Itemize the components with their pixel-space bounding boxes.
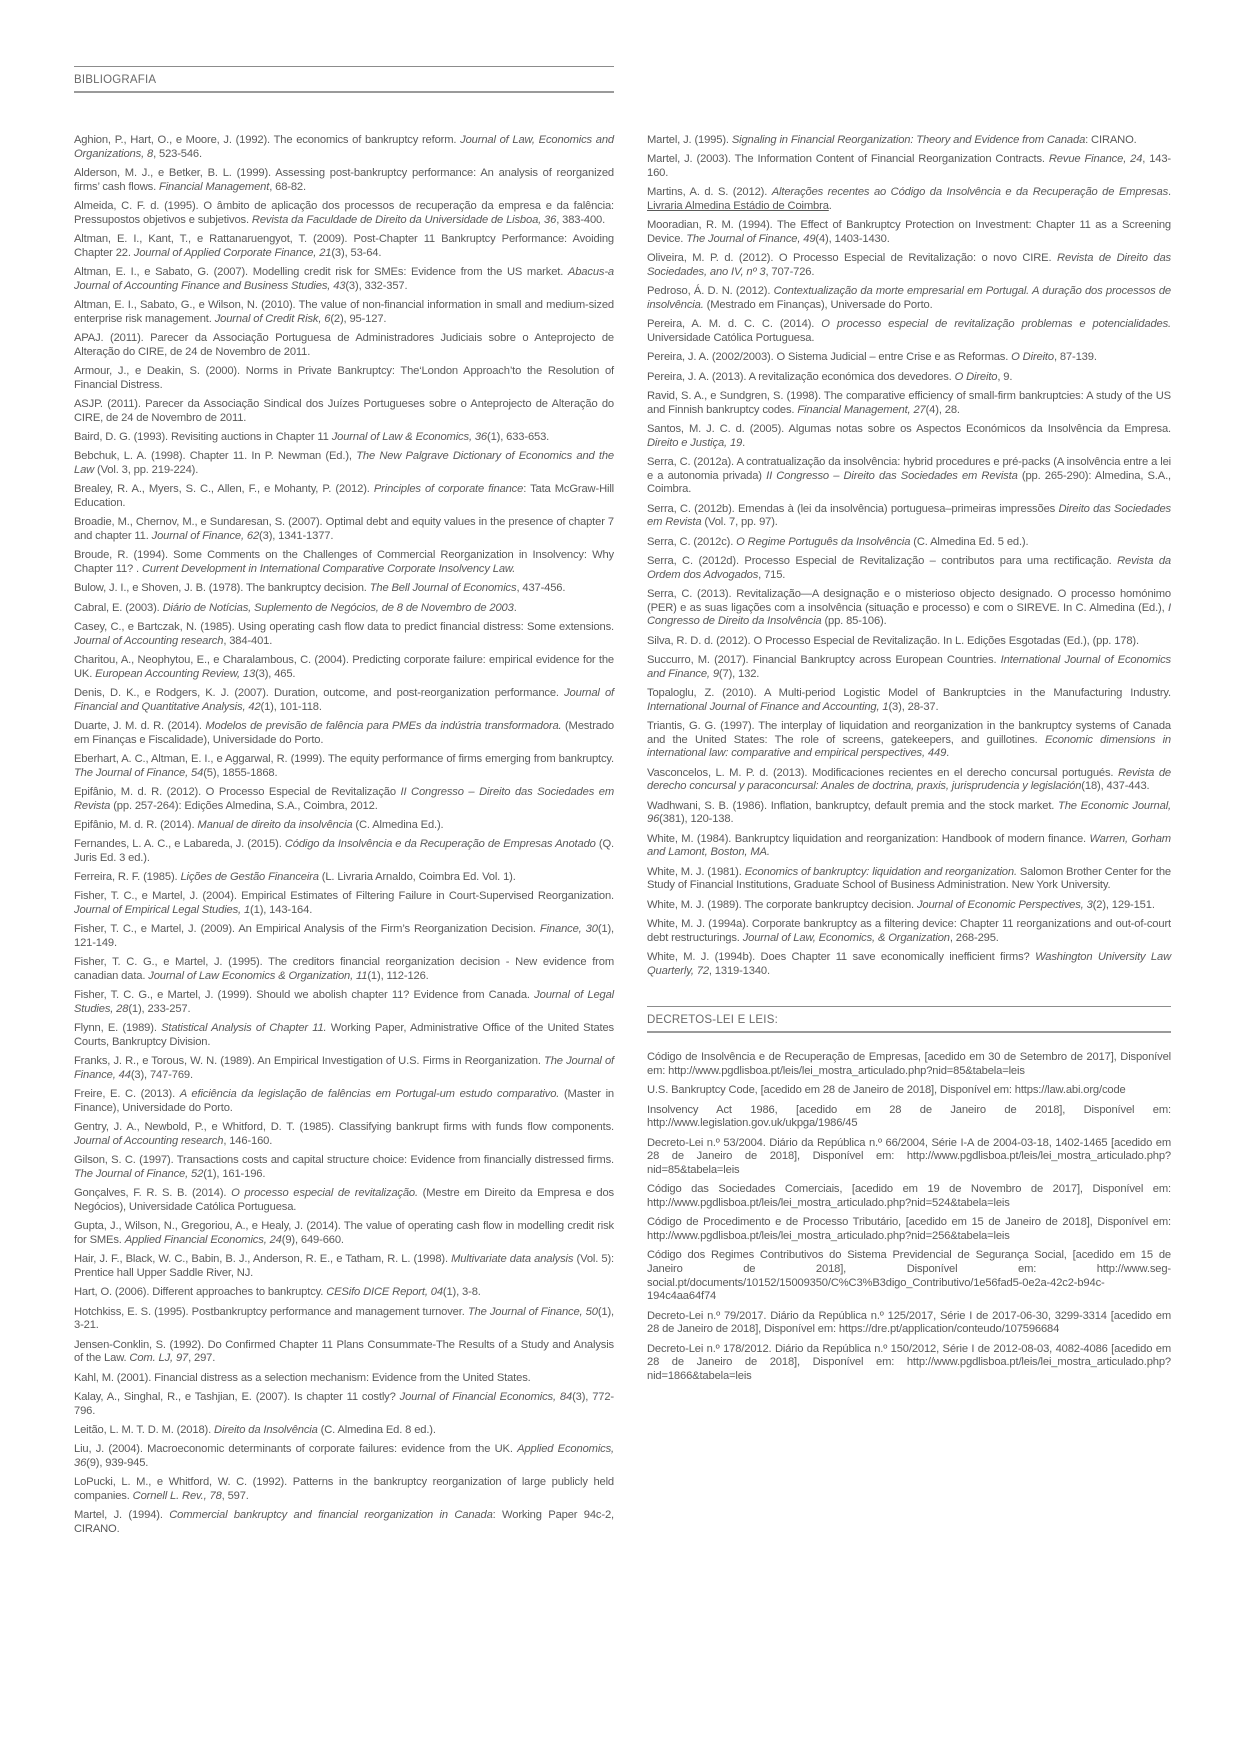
reference-source-title: European Accounting Review, 13 [95, 668, 255, 680]
reference-source-title: Manual de direito da insolvência [197, 819, 352, 831]
reference-entry: Silva, R. D. d. (2012). O Processo Espec… [647, 635, 1171, 649]
reference-text: Bebchuk, L. A. (1998). Chapter 11. In P.… [74, 450, 356, 462]
publisher-link[interactable]: Livraria Almedina Estádio de Coimbra [647, 200, 829, 212]
reference-details: (pp. 85-106). [821, 615, 886, 627]
reference-source-title: Revista da Faculdade de Direito da Unive… [252, 214, 556, 226]
reference-entry: White, M. J. (1994a). Corporate bankrupt… [647, 918, 1171, 945]
reference-entry: Mooradian, R. M. (1994). The Effect of B… [647, 219, 1171, 246]
reference-entry: Freire, E. C. (2013). A eficiência da le… [74, 1088, 614, 1115]
bibliography-right-column: Martel, J. (1995). Signaling in Financia… [647, 134, 1171, 1389]
reference-text: Flynn, E. (1989). [74, 1022, 161, 1034]
reference-text: Vasconcelos, L. M. P. d. (2013). Modific… [647, 767, 1118, 779]
reference-entry: Brealey, R. A., Myers, S. C., Allen, F.,… [74, 483, 614, 510]
bibliography-left-column: Aghion, P., Hart, O., e Moore, J. (1992)… [74, 134, 614, 1542]
law-entry: Decreto-Lei n.º 53/2004. Diário da Repúb… [647, 1137, 1171, 1178]
reference-details: , 268-295. [950, 932, 999, 944]
law-entry: Decreto-Lei n.º 79/2017. Diário da Repúb… [647, 1310, 1171, 1337]
reference-details: (1), 101-118. [261, 701, 322, 713]
reference-details: (1), 112-126. [367, 970, 428, 982]
reference-entry: Fernandes, L. A. C., e Labareda, J. (201… [74, 838, 614, 865]
reference-text: Topaloglu, Z. (2010). A Multi-period Log… [647, 687, 1171, 699]
reference-entry: Duarte, J. M. d. R. (2014). Modelos de p… [74, 720, 614, 747]
reference-entry: Kalay, A., Singhal, R., e Tashjian, E. (… [74, 1391, 614, 1418]
reference-entry: Altman, E. I., Sabato, G., e Wilson, N. … [74, 299, 614, 326]
reference-text: Gentry, J. A., Newbold, P., e Whitford, … [74, 1121, 614, 1133]
reference-text: Pedroso, Á. D. N. (2012). [647, 285, 774, 297]
reference-entry: ASJP. (2011). Parecer da Associação Sind… [74, 398, 614, 425]
reference-source-title: Modelos de previsão de falência para PME… [205, 720, 561, 732]
reference-details: , 384-401. [223, 635, 272, 647]
reference-source-title: O processo especial de revitalização pro… [821, 318, 1171, 330]
reference-details: (4), 1403-1430. [815, 233, 889, 245]
reference-source-title: Journal of Law, Economics, & Organizatio… [743, 932, 950, 944]
reference-entry: Martel, J. (1995). Signaling in Financia… [647, 134, 1171, 148]
reference-entry: Serra, C. (2012c). O Regime Português da… [647, 536, 1171, 550]
reference-text: White, M. J. (1981). [647, 866, 745, 878]
law-entry: Decreto-Lei n.º 178/2012. Diário da Repú… [647, 1343, 1171, 1384]
reference-details: : CIRANO. [1085, 134, 1137, 146]
reference-text: Fisher, T. C., e Martel, J. (2009). An E… [74, 923, 540, 935]
reference-entry: Serra, C. (2012a). A contratualização da… [647, 456, 1171, 497]
reference-details: (Vol. 3, pp. 219-224). [94, 464, 198, 476]
reference-text: Silva, R. D. d. (2012). O Processo Espec… [647, 635, 1139, 647]
reference-entry: Martel, J. (2003). The Information Conte… [647, 153, 1171, 180]
reference-details: (2), 95-127. [330, 313, 386, 325]
reference-entry: Broadie, M., Chernov, M., e Sundaresan, … [74, 516, 614, 543]
reference-source-title: Journal of Empirical Legal Studies, 1 [74, 904, 250, 916]
reference-text: Oliveira, M. P. d. (2012). O Processo Es… [647, 252, 1057, 264]
law-entry: Insolvency Act 1986, [acedido em 28 de J… [647, 1104, 1171, 1131]
reference-source-title: Código da Insolvência e da Recuperação d… [285, 838, 596, 850]
reference-text: Serra, C. (2013). Revitalização—A design… [647, 588, 1171, 614]
reference-entry: Ravid, S. A., e Sundgren, S. (1998). The… [647, 390, 1171, 417]
reference-details: , 707-726. [765, 266, 814, 278]
law-entry: Código das Sociedades Comerciais, [acedi… [647, 1183, 1171, 1210]
law-entry: U.S. Bankruptcy Code, [acedido em 28 de … [647, 1084, 1171, 1098]
reference-entry: Franks, J. R., e Torous, W. N. (1989). A… [74, 1055, 614, 1082]
reference-entry: Fisher, T. C. G., e Martel, J. (1999). S… [74, 989, 614, 1016]
reference-details: (pp. 257-264): Edições Almedina, S.A., C… [110, 800, 377, 812]
reference-details: (3), 465. [255, 668, 295, 680]
reference-entry: Martel, J. (1994). Commercial bankruptcy… [74, 1509, 614, 1536]
reference-entry: White, M. J. (1989). The corporate bankr… [647, 899, 1171, 913]
laws-bottom-rule [647, 1031, 1171, 1033]
reference-details: , 437-456. [516, 582, 565, 594]
reference-text: Hotchkiss, E. S. (1995). Postbankruptcy … [74, 1306, 468, 1318]
reference-entry: Wadhwani, S. B. (1986). Inflation, bankr… [647, 800, 1171, 827]
reference-source-title: Principles of corporate finance [374, 483, 523, 495]
reference-entry: Hart, O. (2006). Different approaches to… [74, 1286, 614, 1300]
reference-entry: Liu, J. (2004). Macroeconomic determinan… [74, 1443, 614, 1470]
reference-details: , 68-82. [269, 181, 306, 193]
reference-source-title: Signaling in Financial Reorganization: T… [732, 134, 1085, 146]
reference-entry: Almeida, C. F. d. (1995). O âmbito de ap… [74, 200, 614, 227]
reference-text: Martel, J. (2003). The Information Conte… [647, 153, 1049, 165]
reference-source-title: O Regime Português da Insolvência [736, 536, 910, 548]
reference-text: Hart, O. (2006). Different approaches to… [74, 1286, 326, 1298]
reference-text: Pereira, J. A. (2013). A revitalização e… [647, 371, 955, 383]
reference-text: Altman, E. I., e Sabato, G. (2007). Mode… [74, 266, 568, 278]
reference-details: (C. Almedina Ed.). [352, 819, 443, 831]
reference-entry: Kahl, M. (2001). Financial distress as a… [74, 1372, 614, 1386]
reference-text: Freire, E. C. (2013). [74, 1088, 180, 1100]
reference-entry: White, M. J. (1981). Economics of bankru… [647, 866, 1171, 893]
reference-details: (L. Livraria Arnaldo, Coimbra Ed. Vol. 1… [319, 871, 516, 883]
reference-entry: Baird, D. G. (1993). Revisiting auctions… [74, 431, 614, 445]
reference-entry: Hotchkiss, E. S. (1995). Postbankruptcy … [74, 1306, 614, 1333]
reference-details: Universidade Católica Portuguesa. [647, 332, 814, 344]
reference-entry: White, M. J. (1994b). Does Chapter 11 sa… [647, 951, 1171, 978]
reference-text: Succurro, M. (2017). Financial Bankruptc… [647, 654, 1001, 666]
reference-source-title: International Journal of Finance and Acc… [647, 701, 888, 713]
reference-details: (C. Almedina Ed. 5 ed.). [910, 536, 1028, 548]
laws-list: Código de Insolvência e de Recuperação d… [647, 1051, 1171, 1384]
reference-text: Eberhart, A. C., Altman, E. I., e Aggarw… [74, 753, 614, 765]
reference-source-title: O Direito [1011, 351, 1054, 363]
reference-source-title: Financial Management [159, 181, 269, 193]
reference-entry: Gentry, J. A., Newbold, P., e Whitford, … [74, 1121, 614, 1148]
reference-details: (1), 3-8. [443, 1286, 481, 1298]
reference-details: , 523-546. [153, 148, 202, 160]
reference-entry: Cabral, E. (2003). Diário de Notícias, S… [74, 602, 614, 616]
reference-source-title: Financial Management, 27 [797, 404, 925, 416]
reference-entry: Gupta, J., Wilson, N., Gregoriou, A., e … [74, 1220, 614, 1247]
reference-source-title: Journal of Applied Corporate Finance, 21 [134, 247, 332, 259]
reference-entry: LoPucki, L. M., e Whitford, W. C. (1992)… [74, 1476, 614, 1503]
reference-details: (9), 649-660. [282, 1234, 344, 1246]
reference-details: . [514, 602, 517, 614]
reference-entry: Pedroso, Á. D. N. (2012). Contextualizaç… [647, 285, 1171, 312]
reference-details: (Mestrado em Finanças), Universade do Po… [704, 299, 933, 311]
reference-text: Alderson, M. J., e Betker, B. L. (1999).… [74, 167, 614, 193]
reference-entry: Santos, M. J. C. d. (2005). Algumas nota… [647, 423, 1171, 450]
reference-entry: Armour, J., e Deakin, S. (2000). Norms i… [74, 365, 614, 392]
reference-details: , 9. [997, 371, 1012, 383]
reference-details: , 297. [188, 1352, 215, 1364]
reference-details: (9), 939-945. [86, 1457, 148, 1469]
law-entry: Código dos Regimes Contributivos do Sist… [647, 1249, 1171, 1304]
reference-source-title: O processo especial de revitalização. [231, 1187, 418, 1199]
law-entry: Código de Procedimento e de Processo Tri… [647, 1216, 1171, 1243]
reference-source-title: Journal of Economic Perspectives, 3 [917, 899, 1093, 911]
reference-text: Aghion, P., Hart, O., e Moore, J. (1992)… [74, 134, 460, 146]
reference-text: Armour, J., e Deakin, S. (2000). Norms i… [74, 365, 614, 391]
laws-section-title: DECRETOS-LEI E LEIS: [647, 1007, 1171, 1031]
reference-details: (5), 1855-1868. [203, 767, 277, 779]
reference-source-title: The Journal of Finance, 52 [74, 1168, 203, 1180]
reference-entry: Gonçalves, F. R. S. B. (2014). O process… [74, 1187, 614, 1214]
reference-text: White, M. (1984). Bankruptcy liquidation… [647, 833, 1089, 845]
reference-text: APAJ. (2011). Parecer da Associação Port… [74, 332, 614, 358]
reference-details: (1), 161-196. [203, 1168, 265, 1180]
reference-text: Martel, J. (1994). [74, 1509, 169, 1521]
reference-details: , 87-139. [1054, 351, 1097, 363]
reference-entry: Ferreira, R. F. (1985). Lições de Gestão… [74, 871, 614, 885]
reference-source-title: Com. LJ, 97 [129, 1352, 188, 1364]
reference-source-title: Journal of Finance, 62 [152, 530, 259, 542]
reference-entry: Martins, A. d. S. (2012). Alterações rec… [647, 186, 1171, 213]
reference-source-title: The Journal of Finance, 50 [468, 1306, 598, 1318]
reference-source-title: Economics of bankruptcy: liquidation and… [745, 866, 1017, 878]
bibliography-right-list: Martel, J. (1995). Signaling in Financia… [647, 134, 1171, 978]
reference-text: Martins, A. d. S. (2012). [647, 186, 772, 198]
reference-text: White, M. J. (1994b). Does Chapter 11 sa… [647, 951, 1035, 963]
reference-entry: Fisher, T. C., e Martel, J. (2004). Empi… [74, 890, 614, 917]
reference-details: . [742, 437, 745, 449]
reference-source-title: Alterações recentes ao Código da Insolvê… [772, 186, 1168, 198]
reference-source-title: Revue Finance, 24 [1049, 153, 1142, 165]
reference-text: Liu, J. (2004). Macroeconomic determinan… [74, 1443, 517, 1455]
reference-details: (3), 747-769. [131, 1069, 193, 1081]
reference-text: Kahl, M. (2001). Financial distress as a… [74, 1372, 531, 1384]
reference-source-title: Journal of Financial Economics, 84 [400, 1391, 572, 1403]
reference-entry: Hair, J. F., Black, W. C., Babin, B. J.,… [74, 1253, 614, 1280]
reference-text: Serra, C. (2012c). [647, 536, 736, 548]
reference-text: ASJP. (2011). Parecer da Associação Sind… [74, 398, 614, 424]
reference-source-title: Diário de Notícias, Suplemento de Negóci… [163, 602, 514, 614]
reference-text: Casey, C., e Bartczak, N. (1985). Using … [74, 621, 614, 633]
reference-entry: Aghion, P., Hart, O., e Moore, J. (1992)… [74, 134, 614, 161]
reference-source-title: Commercial bankruptcy and financial reor… [169, 1509, 492, 1521]
reference-details: , 383-400. [556, 214, 605, 226]
reference-entry: Topaloglu, Z. (2010). A Multi-period Log… [647, 687, 1171, 714]
reference-source-title: Lições de Gestão Financeira [180, 871, 318, 883]
header-bottom-rule [74, 91, 614, 93]
reference-entry: Bulow, J. I., e Shoven, J. B. (1978). Th… [74, 582, 614, 596]
reference-details: (3), 1341-1377. [259, 530, 333, 542]
reference-details: (C. Almedina Ed. 8 ed.). [318, 1424, 436, 1436]
reference-entry: Alderson, M. J., e Betker, B. L. (1999).… [74, 167, 614, 194]
reference-entry: Succurro, M. (2017). Financial Bankruptc… [647, 654, 1171, 681]
page-title: BIBLIOGRAFIA [74, 67, 614, 91]
reference-source-title: Applied Financial Economics, 24 [125, 1234, 282, 1246]
reference-text: Martel, J. (1995). [647, 134, 732, 146]
reference-details: (2), 129-151. [1093, 899, 1155, 911]
reference-details: (1), 633-653. [487, 431, 549, 443]
reference-text: Santos, M. J. C. d. (2005). Algumas nota… [647, 423, 1171, 435]
reference-source-title: The Journal of Finance, 54 [74, 767, 203, 779]
reference-source-title: Journal of Law & Economics, 36 [332, 431, 487, 443]
reference-details: (1), 233-257. [128, 1003, 190, 1015]
reference-entry: Pereira, A. M. d. C. C. (2014). O proces… [647, 318, 1171, 345]
laws-section: DECRETOS-LEI E LEIS: Código de Insolvênc… [647, 1006, 1171, 1384]
reference-text: Pereira, A. M. d. C. C. (2014). [647, 318, 821, 330]
reference-text: Franks, J. R., e Torous, W. N. (1989). A… [74, 1055, 544, 1067]
reference-details: , 1319-1340. [709, 965, 770, 977]
reference-details: . [946, 747, 949, 759]
reference-details: , 715. [758, 569, 785, 581]
reference-entry: Charitou, A., Neophytou, E., e Charalamb… [74, 654, 614, 681]
reference-entry: Oliveira, M. P. d. (2012). O Processo Es… [647, 252, 1171, 279]
reference-text: Epifânio, M. d. R. (2014). [74, 819, 197, 831]
reference-entry: Altman, E. I., e Sabato, G. (2007). Mode… [74, 266, 614, 293]
reference-entry: Epifânio, M. d. R. (2012). O Processo Es… [74, 786, 614, 813]
reference-text: Hair, J. F., Black, W. C., Babin, B. J.,… [74, 1253, 451, 1265]
reference-entry: Serra, C. (2012b). Emendas à (lei da ins… [647, 503, 1171, 530]
reference-text: Serra, C. (2012b). Emendas à (lei da ins… [647, 503, 1058, 515]
reference-details: (18), 437-443. [1081, 780, 1149, 792]
reference-text: Gilson, S. C. (1997). Transactions costs… [74, 1154, 614, 1166]
reference-source-title: Direito da Insolvência [214, 1424, 318, 1436]
reference-source-title: Cornell L. Rev., 78 [133, 1490, 222, 1502]
reference-text: Gonçalves, F. R. S. B. (2014). [74, 1187, 231, 1199]
reference-entry: Pereira, J. A. (2013). A revitalização e… [647, 371, 1171, 385]
reference-details: (Vol. 7, pp. 97). [701, 516, 777, 528]
reference-details: . [829, 200, 832, 212]
reference-details: (381), 120-138. [659, 813, 733, 825]
reference-text: Cabral, E. (2003). [74, 602, 163, 614]
reference-source-title: Journal of Law Economics & Organization,… [148, 970, 367, 982]
reference-text: Pereira, J. A. (2002/2003). O Sistema Ju… [647, 351, 1011, 363]
reference-source-title: Current Development in International Com… [142, 563, 515, 575]
reference-entry: Serra, C. (2013). Revitalização—A design… [647, 588, 1171, 629]
reference-source-title: A eficiência da legislação de falências … [180, 1088, 559, 1100]
reference-entry: Pereira, J. A. (2002/2003). O Sistema Ju… [647, 351, 1171, 365]
reference-text: Fisher, T. C. G., e Martel, J. (1999). S… [74, 989, 534, 1001]
reference-entry: Fisher, T. C., e Martel, J. (2009). An E… [74, 923, 614, 950]
reference-entry: Denis, D. K., e Rodgers, K. J. (2007). D… [74, 687, 614, 714]
reference-text: Kalay, A., Singhal, R., e Tashjian, E. (… [74, 1391, 400, 1403]
reference-details: . [1168, 186, 1171, 198]
reference-text: Brealey, R. A., Myers, S. C., Allen, F.,… [74, 483, 374, 495]
reference-text: Denis, D. K., e Rodgers, K. J. (2007). D… [74, 687, 564, 699]
reference-source-title: Statistical Analysis of Chapter 11. [161, 1022, 326, 1034]
reference-entry: Serra, C. (2012d). Processo Especial de … [647, 555, 1171, 582]
reference-text: White, M. J. (1989). The corporate bankr… [647, 899, 917, 911]
reference-text: Serra, C. (2012d). Processo Especial de … [647, 555, 1117, 567]
reference-entry: Gilson, S. C. (1997). Transactions costs… [74, 1154, 614, 1181]
reference-details: (4), 28. [926, 404, 960, 416]
reference-entry: Vasconcelos, L. M. P. d. (2013). Modific… [647, 767, 1171, 794]
reference-text: Baird, D. G. (1993). Revisiting auctions… [74, 431, 332, 443]
reference-source-title: O Direito [955, 371, 998, 383]
reference-entry: White, M. (1984). Bankruptcy liquidation… [647, 833, 1171, 860]
reference-source-title: The Journal of Finance, 49 [686, 233, 815, 245]
reference-text: Ferreira, R. F. (1985). [74, 871, 180, 883]
page-header: BIBLIOGRAFIA [74, 66, 614, 93]
reference-entry: Altman, E. I., Kant, T., e Rattanaruengy… [74, 233, 614, 260]
reference-text: Leitão, L. M. T. D. M. (2018). [74, 1424, 214, 1436]
reference-details: (3), 332-357. [345, 280, 407, 292]
reference-source-title: Journal of Credit Risk, 6 [215, 313, 331, 325]
reference-entry: Eberhart, A. C., Altman, E. I., e Aggarw… [74, 753, 614, 780]
reference-source-title: Multivariate data analysis [451, 1253, 573, 1265]
reference-source-title: Direito e Justiça, 19 [647, 437, 742, 449]
reference-text: Epifânio, M. d. R. (2012). O Processo Es… [74, 786, 401, 798]
reference-details: (7), 132. [719, 668, 759, 680]
reference-entry: Fisher, T. C. G., e Martel, J. (1995). T… [74, 956, 614, 983]
reference-source-title: II Congresso – Direito das Sociedades em… [766, 470, 1018, 482]
reference-text: Wadhwani, S. B. (1986). Inflation, bankr… [647, 800, 1058, 812]
reference-source-title: Journal of Accounting research [74, 1135, 223, 1147]
reference-details: (3), 53-64. [331, 247, 381, 259]
reference-entry: Epifânio, M. d. R. (2014). Manual de dir… [74, 819, 614, 833]
reference-source-title: CESifo DICE Report, 04 [326, 1286, 443, 1298]
reference-entry: APAJ. (2011). Parecer da Associação Port… [74, 332, 614, 359]
reference-entry: Flynn, E. (1989). Statistical Analysis o… [74, 1022, 614, 1049]
reference-entry: Casey, C., e Bartczak, N. (1985). Using … [74, 621, 614, 648]
reference-source-title: Finance, 30 [540, 923, 598, 935]
reference-entry: Jensen-Conklin, S. (1992). Do Confirmed … [74, 1339, 614, 1366]
reference-source-title: Journal of Accounting research [74, 635, 223, 647]
reference-details: , 597. [222, 1490, 249, 1502]
reference-text: Duarte, J. M. d. R. (2014). [74, 720, 205, 732]
reference-details: , 146-160. [223, 1135, 272, 1147]
reference-text: Fisher, T. C., e Martel, J. (2004). Empi… [74, 890, 614, 902]
reference-text: Bulow, J. I., e Shoven, J. B. (1978). Th… [74, 582, 370, 594]
reference-details: (1), 143-164. [250, 904, 312, 916]
law-entry: Código de Insolvência e de Recuperação d… [647, 1051, 1171, 1078]
reference-text: Fernandes, L. A. C., e Labareda, J. (201… [74, 838, 285, 850]
reference-source-title: The Bell Journal of Economics [370, 582, 517, 594]
reference-entry: Bebchuk, L. A. (1998). Chapter 11. In P.… [74, 450, 614, 477]
reference-details: (3), 28-37. [888, 701, 938, 713]
reference-entry: Leitão, L. M. T. D. M. (2018). Direito d… [74, 1424, 614, 1438]
reference-entry: Triantis, G. G. (1997). The interplay of… [647, 720, 1171, 761]
reference-entry: Broude, R. (1994). Some Comments on the … [74, 549, 614, 576]
